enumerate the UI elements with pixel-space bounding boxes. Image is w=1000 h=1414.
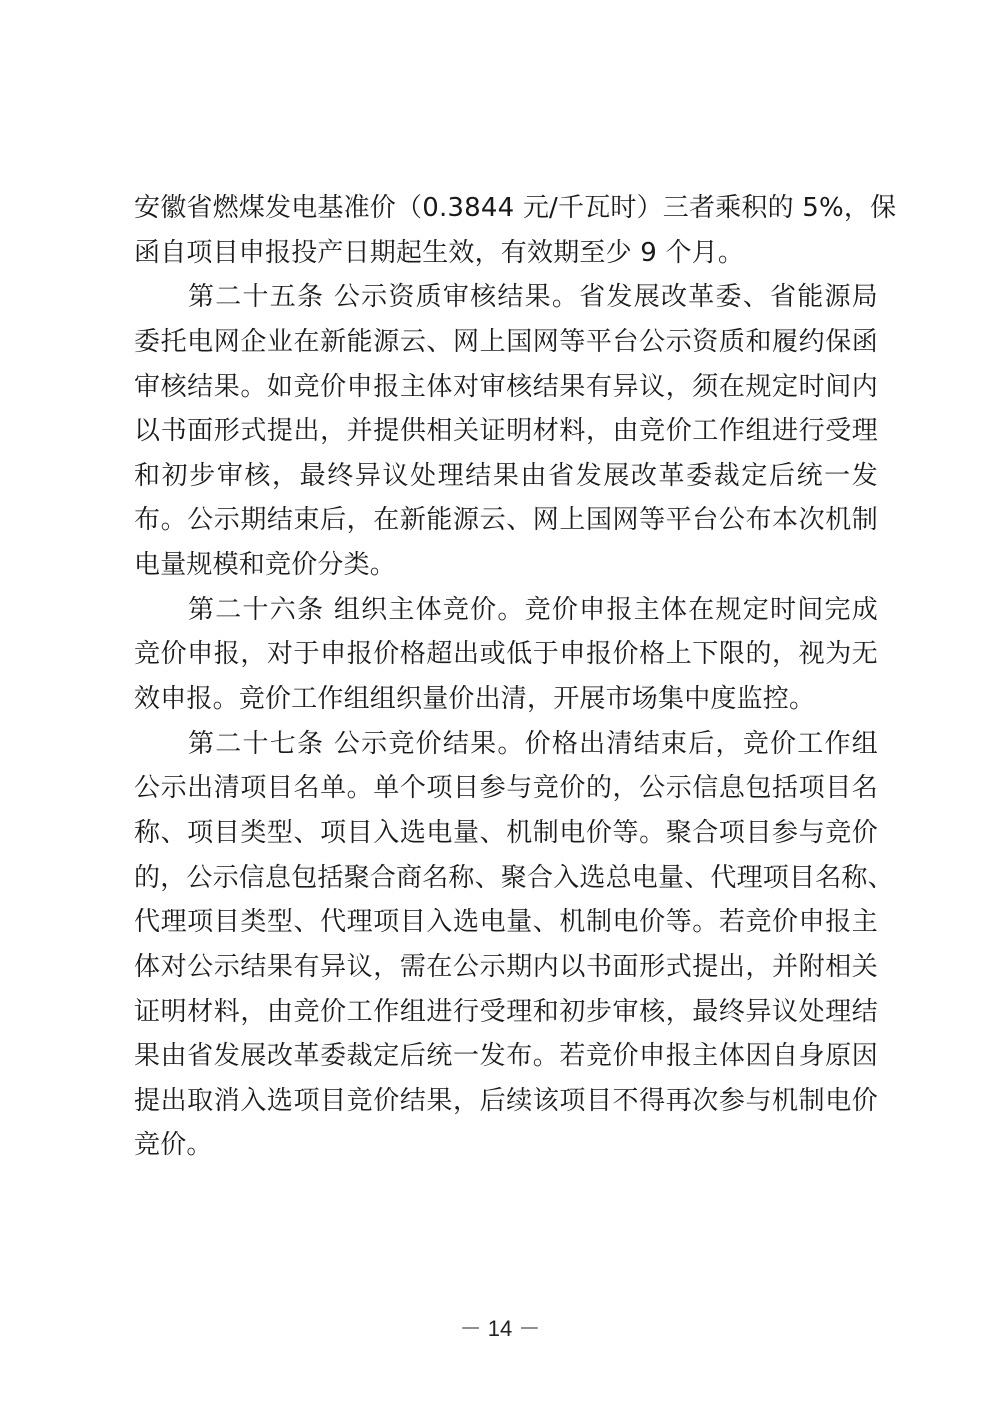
text-line: 布。公示期结束后，在新能源云、网上国网等平台公布本次机制 — [134, 498, 878, 543]
page-number: － 14 － — [0, 1312, 1000, 1343]
text-line: 代理项目类型、代理项目入选电量、机制电价等。若竞价申报主 — [134, 900, 878, 945]
article-25-heading-line: 第二十五条 公示资质审核结果。省发展改革委、省能源局 — [134, 275, 878, 320]
article-26-heading-line: 第二十六条 组织主体竞价。竞价申报主体在规定时间完成 — [134, 588, 878, 633]
text-line: 以书面形式提出，并提供相关证明材料，由竞价工作组进行受理 — [134, 409, 878, 454]
text-line: 竞价。 — [134, 1123, 878, 1168]
text-line: 和初步审核，最终异议处理结果由省发展改革委裁定后统一发 — [134, 454, 878, 499]
text-line: 委托电网企业在新能源云、网上国网等平台公示资质和履约保函 — [134, 320, 878, 365]
text-line: 电量规模和竞价分类。 — [134, 543, 878, 588]
text-line: 安徽省燃煤发电基准价（0.3844 元/千瓦时）三者乘积的 5%，保 — [134, 186, 878, 231]
text-line: 提出取消入选项目竞价结果，后续该项目不得再次参与机制电价 — [134, 1079, 878, 1124]
text-line: 函自项目申报投产日期起生效，有效期至少 9 个月。 — [134, 231, 878, 276]
text-line: 竞价申报，对于申报价格超出或低于申报价格上下限的，视为无 — [134, 632, 878, 677]
body-text: 安徽省燃煤发电基准价（0.3844 元/千瓦时）三者乘积的 5%，保 函自项目申… — [134, 186, 878, 1168]
text-line: 审核结果。如竞价申报主体对审核结果有异议，须在规定时间内 — [134, 365, 878, 410]
text-line: 果由省发展改革委裁定后统一发布。若竞价申报主体因自身原因 — [134, 1034, 878, 1079]
text-line: 体对公示结果有异议，需在公示期内以书面形式提出，并附相关 — [134, 945, 878, 990]
text-line: 称、项目类型、项目入选电量、机制电价等。聚合项目参与竞价 — [134, 811, 878, 856]
article-27-heading-line: 第二十七条 公示竞价结果。价格出清结束后，竞价工作组 — [134, 722, 878, 767]
text-line: 效申报。竞价工作组组织量价出清，开展市场集中度监控。 — [134, 677, 878, 722]
text-line: 证明材料，由竞价工作组进行受理和初步审核，最终异议处理结 — [134, 990, 878, 1035]
document-page: 安徽省燃煤发电基准价（0.3844 元/千瓦时）三者乘积的 5%，保 函自项目申… — [0, 0, 1000, 1414]
text-line: 的，公示信息包括聚合商名称、聚合入选总电量、代理项目名称、 — [134, 856, 878, 901]
text-line: 公示出清项目名单。单个项目参与竞价的，公示信息包括项目名 — [134, 766, 878, 811]
